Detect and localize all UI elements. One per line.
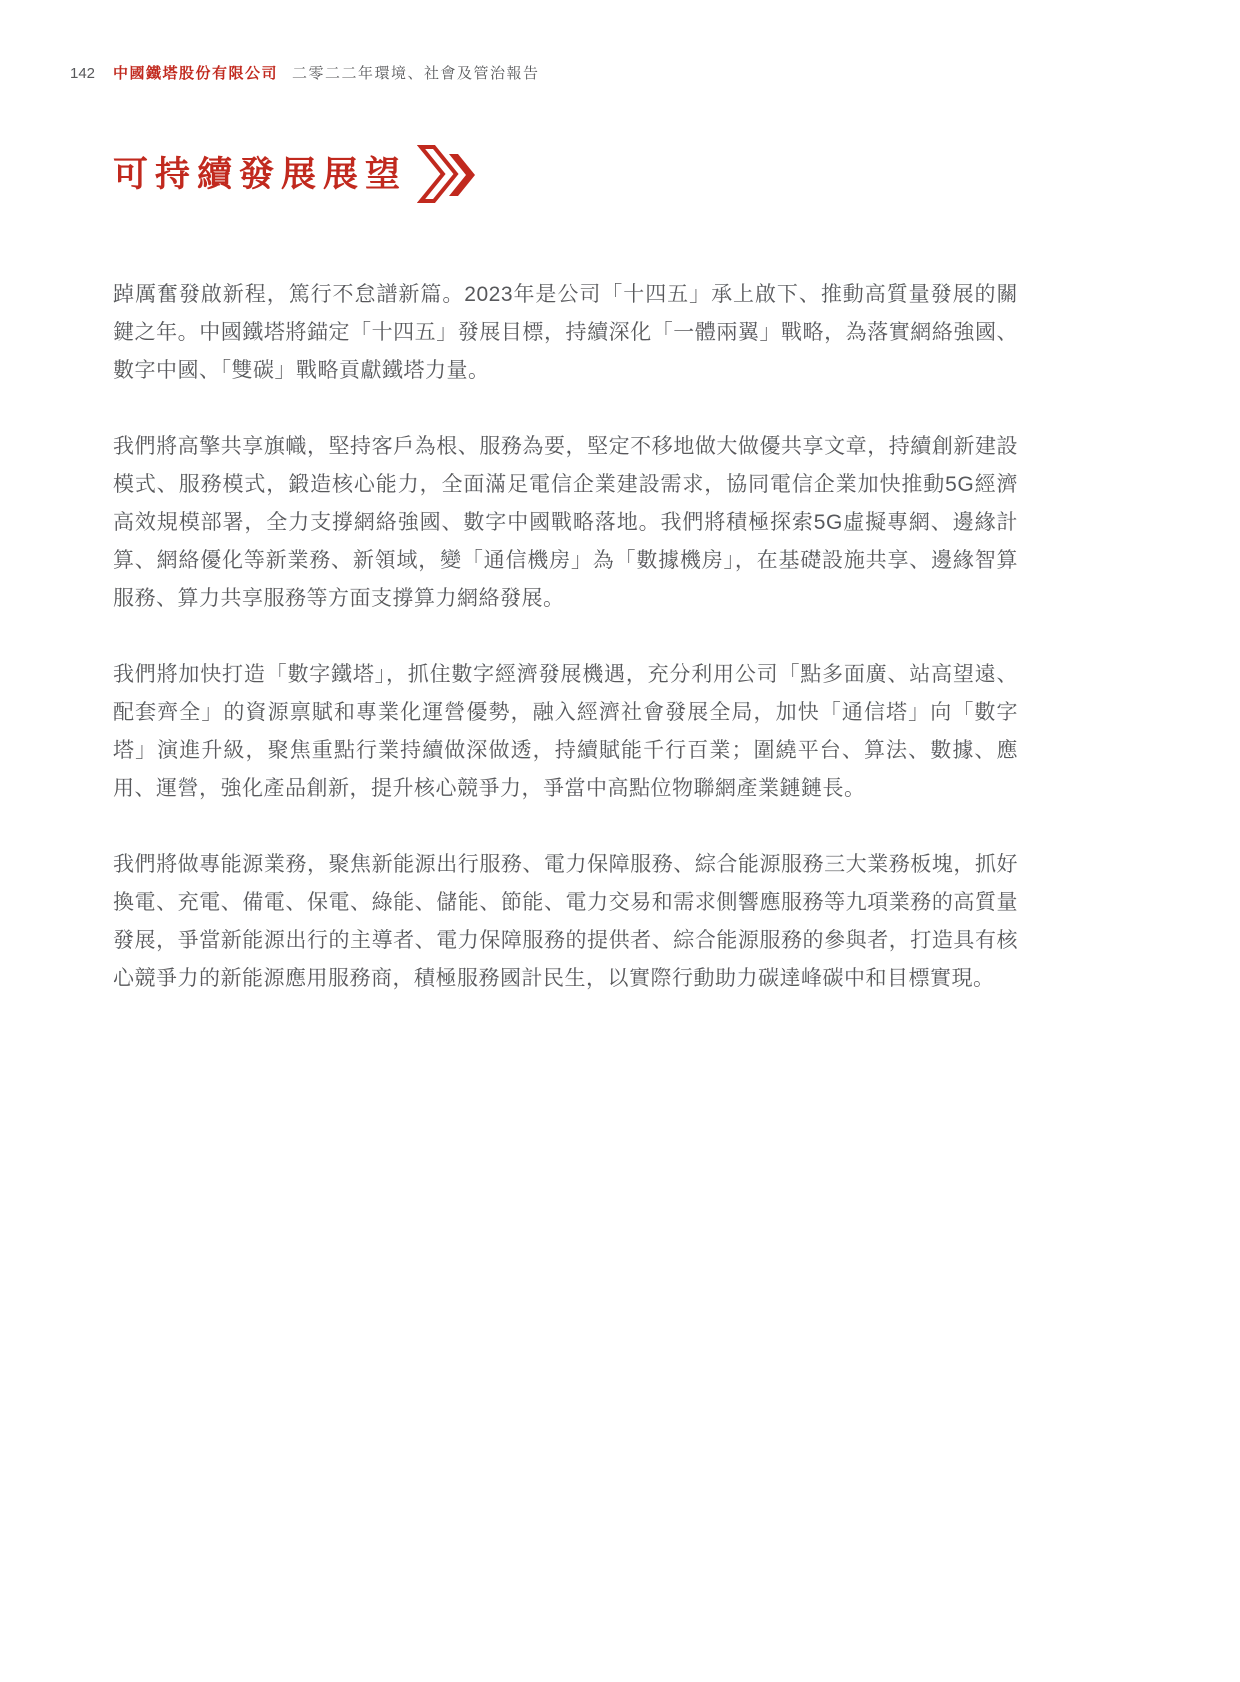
chevron-solid-icon: [449, 154, 475, 196]
body-text: 踔厲奮發啟新程，篤行不怠譜新篇。2023年是公司「十四五」承上啟下、推動高質量發…: [113, 276, 1018, 1036]
report-title: 二零二二年環境、社會及管治報告: [292, 62, 540, 83]
page-number: 142: [70, 65, 95, 82]
page-header: 142 中國鐵塔股份有限公司 二零二二年環境、社會及管治報告: [70, 62, 540, 83]
paragraph-outlook: 踔厲奮發啟新程，篤行不怠譜新篇。2023年是公司「十四五」承上啟下、推動高質量發…: [113, 276, 1018, 390]
section-title-block: 可持續發展展望: [113, 143, 475, 205]
paragraph-digital-tower: 我們將加快打造「數字鐵塔」，抓住數字經濟發展機遇，充分利用公司「點多面廣、站高望…: [113, 656, 1018, 808]
section-title: 可持續發展展望: [113, 150, 407, 199]
report-page: 142 中國鐵塔股份有限公司 二零二二年環境、社會及管治報告 可持續發展展望 踔…: [0, 0, 1240, 1682]
paragraph-energy-business: 我們將做專能源業務，聚焦新能源出行服務、電力保障服務、綜合能源服務三大業務板塊，…: [113, 846, 1018, 998]
company-name: 中國鐵塔股份有限公司: [113, 62, 278, 83]
paragraph-sharing-5g: 我們將高擎共享旗幟，堅持客戶為根、服務為要，堅定不移地做大做優共享文章，持續創新…: [113, 428, 1018, 618]
double-chevron-right-icon: [417, 143, 475, 205]
